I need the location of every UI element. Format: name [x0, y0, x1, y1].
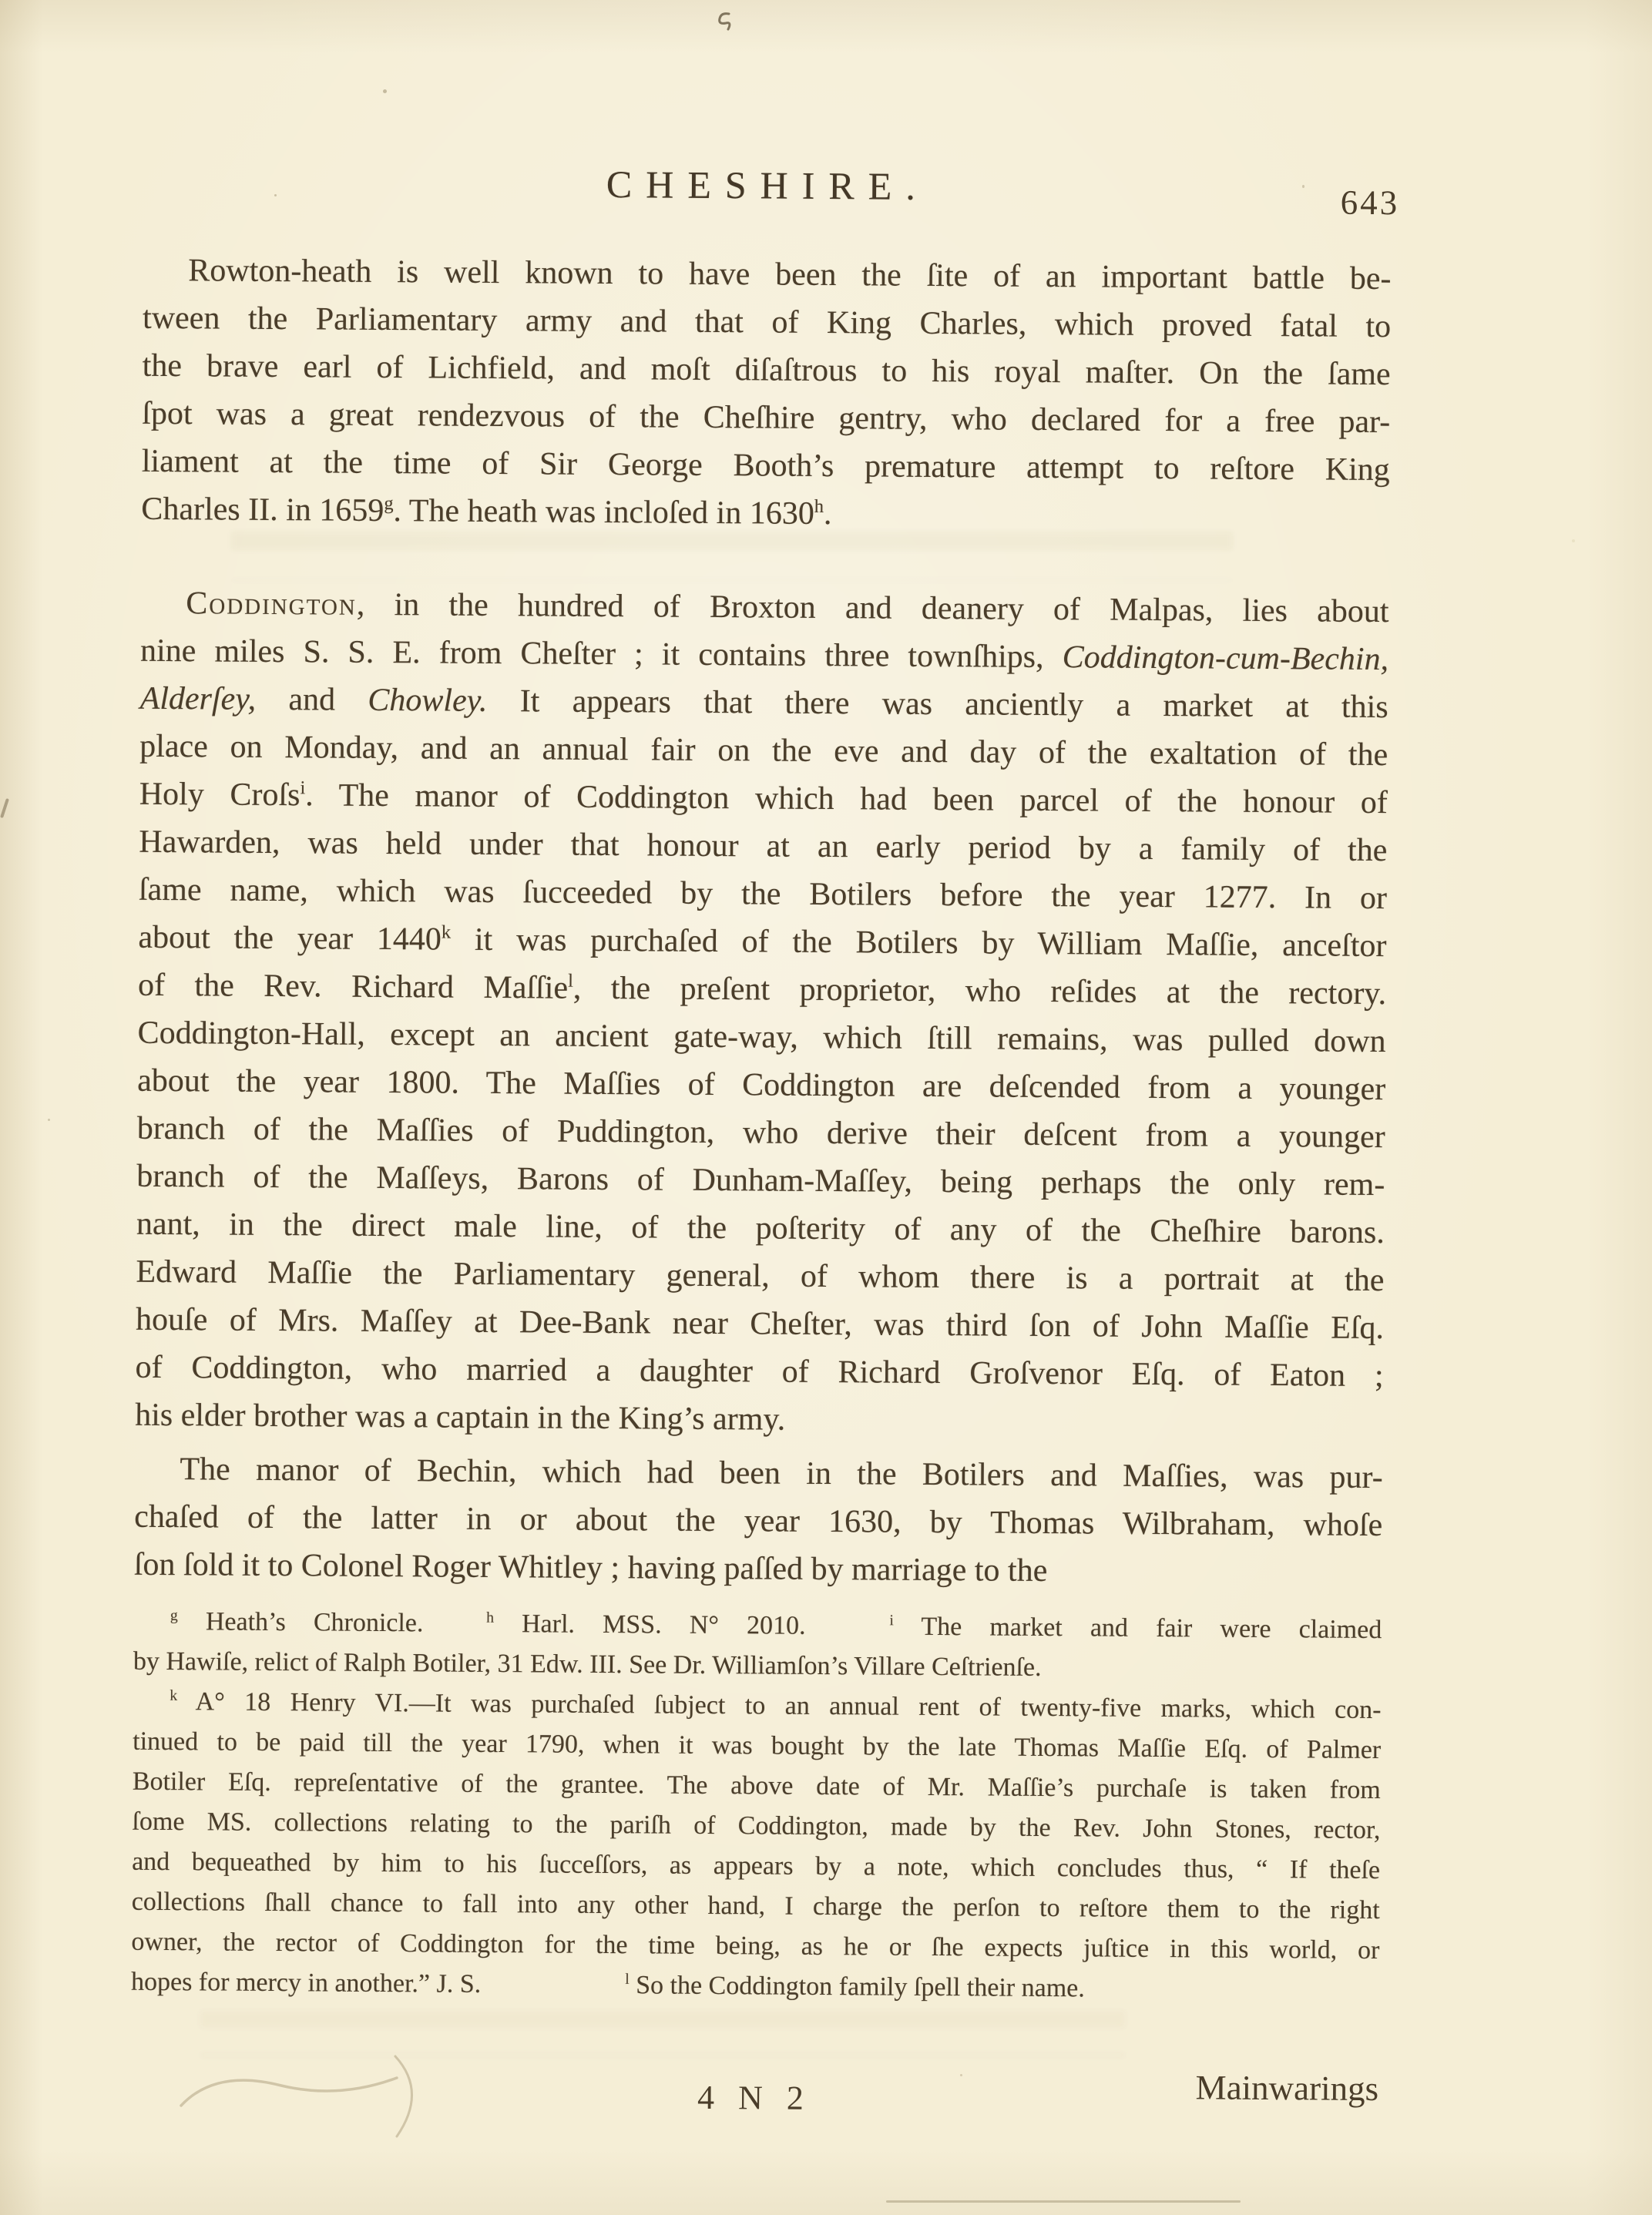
paper-speck	[1302, 185, 1304, 188]
scanned-book-page: { "colors": { "paper": "#f5eed6", "ink":…	[0, 0, 1652, 2215]
text-segment: tinued to be paid till the year 1790, wh…	[133, 1727, 1381, 1764]
text-segment: houſe of Mrs. Maſſey at Dee-Bank near Ch…	[136, 1302, 1384, 1346]
text-segment: .	[824, 496, 832, 532]
running-header: CHESHIRE.	[143, 159, 1392, 212]
text-segment: of the Rev. Richard Maſſie	[138, 968, 568, 1006]
text-segment: ſpot was a great rendezvous of the Cheſh…	[142, 396, 1390, 440]
text-segment: tween the Parliamentary army and that of…	[143, 300, 1391, 344]
text-line: Edward Maſſie the Parliamentary general,…	[136, 1248, 1384, 1304]
text-line: Hawarden, was held under that honour at …	[139, 818, 1387, 874]
text-segment: by Hawiſe, relict of Ralph Botiler, 31 E…	[133, 1647, 1042, 1682]
text-segment: Charles II. in 1659	[141, 492, 384, 529]
text-segment: his elder brother was a captain in the K…	[135, 1398, 785, 1438]
paper-speck	[48, 1119, 50, 1121]
text-segment: hopes for mercy in another.” J. S.	[131, 1968, 481, 1999]
text-segment: Chowley.	[368, 683, 487, 719]
text-line: ſon ſold it to Colonel Roger Whitley ; h…	[134, 1541, 1382, 1597]
text-line: place on Monday, and an annual fair on t…	[139, 723, 1388, 779]
ink-smudge-artifact	[707, 11, 738, 34]
text-segment: . The manor of Coddington which had been…	[305, 777, 1388, 821]
text-segment: Coddington-cum-Bechin,	[1063, 639, 1389, 677]
text-segment: and	[256, 682, 368, 718]
text-line: of the Rev. Richard Maſſiel, the preſent…	[138, 962, 1386, 1018]
scan-edge-artifact	[886, 2200, 1241, 2203]
text-line: houſe of Mrs. Maſſey at Dee-Bank near Ch…	[136, 1296, 1384, 1352]
footnote-marker: k	[442, 922, 451, 943]
text-line: Coddington-Hall, except an ancient gate-…	[137, 1009, 1385, 1066]
text-line: about the year 1800. The Maſſies of Codd…	[137, 1057, 1385, 1113]
text-segment: chaſed of the latter in or about the yea…	[134, 1499, 1382, 1543]
footnote-marker: h	[814, 496, 824, 517]
text-segment: branch of the Maſſies of Puddington, who…	[137, 1111, 1385, 1155]
text-segment: , in the hundred of Broxton and deanery …	[357, 587, 1389, 629]
text-line: liament at the time of Sir George Booth’…	[142, 438, 1390, 494]
footnotes-block: g Heath’s Chronicle. h Harl. MSS. N° 201…	[131, 1602, 1382, 2011]
text-segment: owner, the rector of Coddington for the …	[131, 1928, 1379, 1965]
footnote-marker: g	[384, 493, 393, 514]
text-line: ſpot was a great rendezvous of the Cheſh…	[142, 390, 1390, 446]
text-segment: collections ſhall chance to fall into an…	[132, 1888, 1380, 1925]
text-segment: nant, in the direct male line, of the po…	[136, 1207, 1385, 1250]
text-segment: The manor of Bechin, which had been in t…	[180, 1451, 1382, 1495]
text-segment: place on Monday, and an annual fair on t…	[139, 729, 1388, 773]
text-line: branch of the Maſſeys, Barons of Dunham-…	[136, 1153, 1385, 1209]
text-segment: liament at the time of Sir George Booth’…	[142, 444, 1390, 488]
text-segment: about the year 1800. The Maſſies of Codd…	[137, 1063, 1385, 1107]
page-number: 643	[1315, 182, 1399, 223]
text-line: ſame name, which was ſucceeded by the Bo…	[139, 866, 1387, 922]
text-segment: It appears that there was anciently a ma…	[487, 683, 1388, 725]
paragraph-bechin: The manor of Bechin, which had been in t…	[134, 1445, 1383, 1597]
text-segment: Coddington-Hall, except an ancient gate-…	[137, 1015, 1385, 1059]
text-segment: A° 18 Henry VI.—It was purchaſed ſubject…	[177, 1687, 1382, 1724]
text-line: tween the Parliamentary army and that of…	[143, 294, 1391, 351]
text-segment: Edward Maſſie the Parliamentary general,…	[136, 1254, 1384, 1298]
paper-speck	[960, 2074, 962, 2076]
paper-speck	[1572, 539, 1575, 542]
text-segment: Rowton-heath is well known to have been …	[188, 253, 1391, 297]
text-segment: . The heath was incloſed in 1630	[393, 493, 814, 532]
text-segment: Botiler Eſq. repreſentative of the grant…	[133, 1767, 1381, 1804]
footnote-separator-space	[481, 1965, 625, 2005]
text-segment: Holy Croſs	[139, 777, 301, 813]
text-line: his elder brother was a captain in the K…	[135, 1391, 1383, 1448]
page-content: CHESHIRE. 643 Rowton-heath is well known…	[0, 0, 1652, 2215]
text-segment: So the Coddington family ſpell their nam…	[630, 1971, 1085, 2002]
text-segment: ſome MS. collections relating to the par…	[132, 1807, 1380, 1844]
text-line: Holy Croſsi. The manor of Coddington whi…	[139, 770, 1388, 827]
paper-speck	[383, 89, 387, 93]
text-segment: nine miles S. S. E. from Cheſter ; it co…	[140, 633, 1063, 675]
paragraph-rowton-heath: Rowton-heath is well known to have been …	[141, 247, 1392, 542]
text-segment: ſame name, which was ſucceeded by the Bo…	[139, 872, 1387, 916]
text-line: nant, in the direct male line, of the po…	[136, 1200, 1385, 1257]
text-segment: , the preſent proprietor, who reſides at…	[573, 971, 1386, 1012]
text-segment: ſon ſold it to Colonel Roger Whitley ; h…	[134, 1547, 1048, 1589]
text-segment: about the year 1440	[138, 920, 442, 958]
text-line: Coddington, in the hundred of Broxton an…	[140, 579, 1388, 636]
pencil-mark-artifact	[173, 2046, 435, 2146]
text-segment: the brave earl of Lichfield, and moſt di…	[143, 348, 1391, 392]
text-segment: Hawarden, was held under that honour at …	[139, 824, 1387, 868]
text-segment: Alderſey,	[140, 681, 257, 717]
paragraph-coddington: Coddington, in the hundred of Broxton an…	[135, 579, 1389, 1448]
text-segment: of Coddington, who married a daughter of…	[135, 1350, 1383, 1394]
text-line: of Coddington, who married a daughter of…	[135, 1344, 1383, 1400]
text-segment: Coddington	[186, 586, 357, 623]
paper-speck	[274, 194, 277, 196]
text-line: Charles II. in 1659g. The heath was incl…	[141, 485, 1389, 542]
text-line: nine miles S. S. E. from Cheſter ; it co…	[140, 627, 1388, 683]
text-line: branch of the Maſſies of Puddington, who…	[137, 1105, 1385, 1161]
text-segment: Heath’s Chronicle.	[178, 1607, 424, 1637]
footnote-separator-space	[423, 1603, 486, 1644]
text-line: chaſed of the latter in or about the yea…	[134, 1493, 1382, 1549]
text-segment: and bequeathed by him to his ſucceſſors,…	[132, 1848, 1380, 1884]
footnote-marker: h	[486, 1609, 494, 1626]
text-line: The manor of Bechin, which had been in t…	[134, 1445, 1382, 1502]
footnote-separator-space	[805, 1606, 889, 1647]
text-segment: branch of the Maſſeys, Barons of Dunham-…	[136, 1159, 1385, 1203]
text-line: about the year 1440k it was purchaſed of…	[138, 914, 1386, 970]
text-line: the brave earl of Lichfield, and moſt di…	[142, 342, 1390, 398]
text-segment: Harl. MSS. N° 2010.	[494, 1609, 806, 1640]
text-segment: it was purchaſed of the Botilers by Will…	[451, 922, 1387, 964]
text-line: Alderſey, and Chowley. It appears that t…	[139, 675, 1388, 731]
text-segment: The market and fair were claimed	[894, 1613, 1382, 1644]
text-line: Rowton-heath is well known to have been …	[143, 247, 1391, 303]
